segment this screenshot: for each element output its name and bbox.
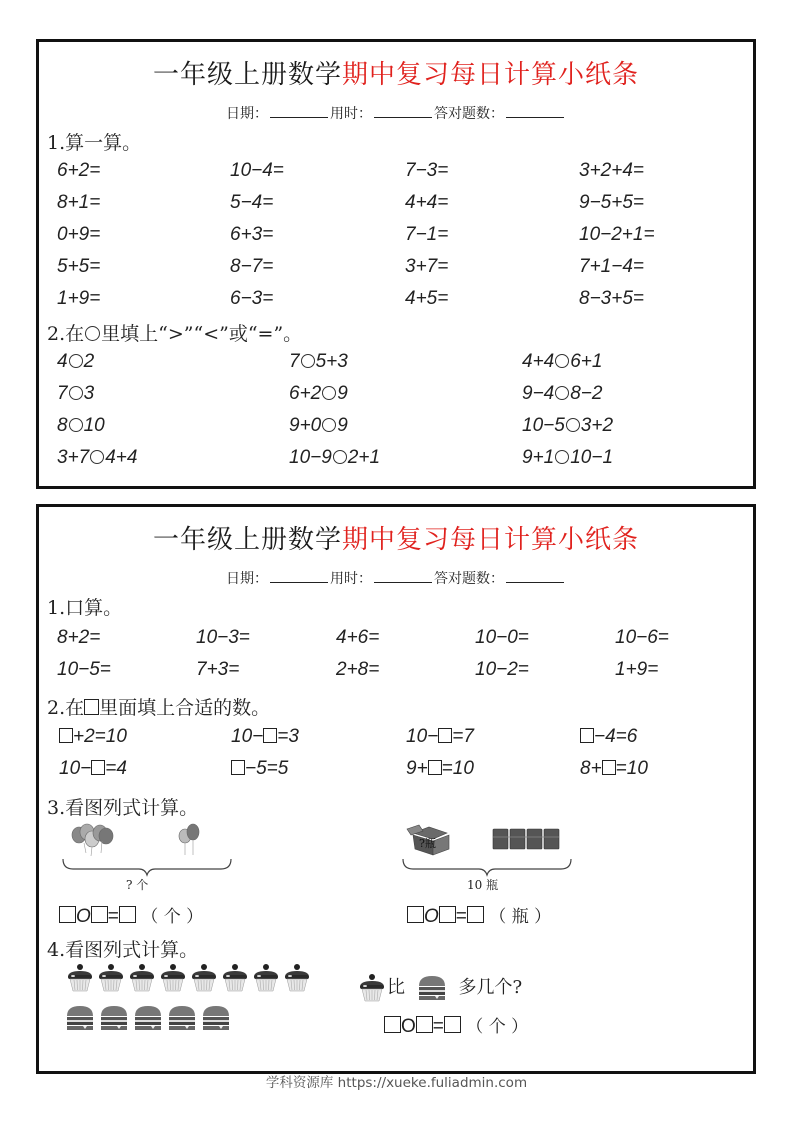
cupcake-row (65, 963, 313, 997)
answer-box[interactable] (59, 906, 76, 923)
oral-calc-problem[interactable]: 4+6= (336, 627, 379, 649)
answer-circle[interactable] (69, 418, 83, 432)
answer-circle[interactable] (555, 354, 569, 368)
answer-box[interactable] (263, 728, 277, 743)
burger-icon (65, 1004, 95, 1032)
title-black-part: 一年级上册数学 (153, 525, 342, 555)
brace-label: 10 瓶 (467, 876, 498, 893)
answer-box[interactable] (231, 760, 245, 775)
time-label: 用时： (330, 106, 372, 122)
oral-calc-problem[interactable]: 10−3= (196, 627, 250, 649)
compare-problem: 3+74+4 (57, 447, 137, 469)
expression-prefix: 10− (231, 726, 263, 747)
correct-count-label: 答对题数： (434, 571, 504, 587)
heading-text: 里填上“>”“<”或“=”。 (101, 323, 302, 345)
fill-blank-problem: −5=5 (231, 758, 288, 780)
compare-problem: 42 (57, 351, 94, 373)
calc-problem[interactable]: 8−3+5= (579, 288, 644, 310)
title-red-part: 期中复习每日计算小纸条 (342, 525, 639, 555)
fill-blank-problem: 10−=4 (59, 758, 127, 780)
burger-icon (133, 1004, 163, 1032)
calc-problem[interactable]: 5−4= (230, 192, 273, 214)
fill-blank-problem: +2=10 (59, 726, 127, 748)
answer-equation: O= （ 个 ） (59, 902, 203, 928)
expression-suffix: =7 (452, 726, 474, 747)
brace-icon (63, 859, 231, 875)
section-heading: 4.看图列式计算。 (47, 935, 198, 962)
calc-problem[interactable]: 10−2+1= (579, 224, 655, 246)
calc-problem[interactable]: 0+9= (57, 224, 100, 246)
fill-blank-problem: 8+=10 (580, 758, 648, 780)
right-expression: 3 (84, 383, 95, 404)
calc-problem[interactable]: 6+2= (57, 160, 100, 182)
cupcake-icon (65, 963, 95, 993)
oral-calc-problem[interactable]: 10−2= (475, 659, 529, 681)
cupcake-icon (189, 963, 219, 993)
calc-problem[interactable]: 7−3= (405, 160, 448, 182)
cupcake-icon (357, 973, 387, 1003)
expression-suffix: −4=6 (594, 726, 637, 747)
calc-problem[interactable]: 6−3= (230, 288, 273, 310)
cupcake-icon (282, 963, 312, 993)
cupcake-icon (127, 963, 157, 993)
correct-count-blank[interactable] (506, 568, 564, 583)
left-expression: 8 (57, 415, 68, 436)
left-expression: 4 (57, 351, 68, 372)
worksheet-card-1: 一年级上册数学期中复习每日计算小纸条 日期：用时：答对题数： 1.算一算。 6+… (36, 39, 756, 489)
answer-circle[interactable] (566, 418, 580, 432)
answer-box[interactable] (416, 1016, 433, 1033)
answer-box[interactable] (580, 728, 594, 743)
answer-box[interactable] (91, 906, 108, 923)
calc-problem[interactable]: 3+7= (405, 256, 448, 278)
time-blank[interactable] (374, 103, 432, 118)
oral-calc-problem[interactable]: 2+8= (336, 659, 379, 681)
expression-suffix: =10 (616, 758, 648, 779)
answer-box[interactable] (91, 760, 105, 775)
expression-suffix: =4 (105, 758, 127, 779)
compare-problem: 4+46+1 (522, 351, 602, 373)
question-text: 比 (387, 977, 405, 998)
answer-circle[interactable] (69, 354, 83, 368)
calc-problem[interactable]: 10−4= (230, 160, 284, 182)
worksheet-card-2: 一年级上册数学期中复习每日计算小纸条 日期：用时：答对题数： 1.口算。 8+2… (36, 504, 756, 1074)
date-label: 日期： (226, 106, 268, 122)
answer-equation: O= （ 瓶 ） (407, 902, 551, 928)
date-blank[interactable] (270, 103, 328, 118)
calc-problem[interactable]: 4+5= (405, 288, 448, 310)
burger-icon (99, 1004, 129, 1032)
heading-text: 里面填上合适的数。 (99, 697, 270, 719)
info-line: 日期：用时：答对题数： (39, 103, 753, 123)
compare-problem: 73 (57, 383, 94, 405)
fill-blank-problem: 9+=10 (406, 758, 474, 780)
calc-problem[interactable]: 8−7= (230, 256, 273, 278)
brace-icon (403, 859, 571, 875)
burger-icon (201, 1004, 231, 1032)
svg-text:?瓶: ?瓶 (419, 837, 436, 850)
oral-calc-problem[interactable]: 10−0= (475, 627, 529, 649)
oral-calc-problem[interactable]: 1+9= (615, 659, 658, 681)
info-line: 日期：用时：答对题数： (39, 568, 753, 588)
answer-box[interactable] (384, 1016, 401, 1033)
burger-icon (417, 974, 447, 1002)
left-expression: 10−9 (289, 447, 332, 468)
compare-problem: 10−92+1 (289, 447, 380, 469)
calc-problem[interactable]: 8+1= (57, 192, 100, 214)
left-expression: 9+1 (522, 447, 554, 468)
question-text: 多几个? (458, 977, 522, 998)
expression-prefix: 8+ (580, 758, 602, 779)
brace-label: ? 个 (126, 876, 148, 893)
left-expression: 9+0 (289, 415, 321, 436)
date-label: 日期： (226, 571, 268, 587)
date-blank[interactable] (270, 568, 328, 583)
calc-problem[interactable]: 1+9= (57, 288, 100, 310)
section-heading: 1.算一算。 (47, 128, 141, 155)
right-expression: 9 (337, 383, 348, 404)
expression-prefix: 9+ (406, 758, 428, 779)
calc-problem[interactable]: 3+2+4= (579, 160, 644, 182)
answer-box[interactable] (439, 906, 456, 923)
calc-problem[interactable]: 7+1−4= (579, 256, 644, 278)
time-blank[interactable] (374, 568, 432, 583)
unit-label: 个 (489, 1017, 506, 1037)
cupcake-icon (220, 963, 250, 993)
oral-calc-problem[interactable]: 10−5= (57, 659, 111, 681)
right-expression: 8−2 (570, 383, 602, 404)
section-heading: 3.看图列式计算。 (47, 793, 198, 820)
title-black-part: 一年级上册数学 (153, 60, 342, 90)
section-heading: 2.在里填上“>”“<”或“=”。 (47, 319, 302, 346)
answer-box[interactable] (407, 906, 424, 923)
compare-problem: 9−48−2 (522, 383, 602, 405)
right-expression: 6+1 (570, 351, 602, 372)
compare-problem: 10−53+2 (522, 415, 613, 437)
section-heading: 1.口算。 (47, 593, 122, 620)
answer-box[interactable] (59, 728, 73, 743)
answer-circle[interactable] (90, 450, 104, 464)
left-expression: 4+4 (522, 351, 554, 372)
cupcake-icon (251, 963, 281, 993)
worksheet-title: 一年级上册数学期中复习每日计算小纸条 (39, 519, 753, 556)
right-expression: 2 (84, 351, 95, 372)
compare-problem: 75+3 (289, 351, 348, 373)
right-expression: 5+3 (316, 351, 348, 372)
answer-box[interactable] (119, 906, 136, 923)
answer-box[interactable] (428, 760, 442, 775)
calc-problem[interactable]: 4+4= (405, 192, 448, 214)
fill-blank-problem: 10−=3 (231, 726, 299, 748)
oral-calc-problem[interactable]: 10−6= (615, 627, 669, 649)
right-expression: 3+2 (581, 415, 613, 436)
time-label: 用时： (330, 571, 372, 587)
correct-count-blank[interactable] (506, 103, 564, 118)
compare-problem: 9+110−1 (522, 447, 613, 469)
answer-circle[interactable] (69, 386, 83, 400)
left-expression: 7 (289, 351, 300, 372)
left-expression: 7 (57, 383, 68, 404)
burger-icon (167, 1004, 197, 1032)
circle-icon (85, 326, 100, 341)
answer-equation: O= （ 个 ） (384, 1012, 528, 1038)
footer-watermark: 学科资源库 https://xueke.fuliadmin.com (0, 1071, 793, 1091)
answer-box[interactable] (602, 760, 616, 775)
answer-circle[interactable] (322, 418, 336, 432)
fill-blank-problem: −4=6 (580, 726, 637, 748)
left-expression: 3+7 (57, 447, 89, 468)
oral-calc-problem[interactable]: 7+3= (196, 659, 239, 681)
compare-question: 比 多几个? (357, 973, 522, 1003)
expression-suffix: =3 (277, 726, 299, 747)
right-expression: 2+1 (348, 447, 380, 468)
compare-problem: 6+29 (289, 383, 348, 405)
answer-circle[interactable] (301, 354, 315, 368)
expression-prefix: 10− (59, 758, 91, 779)
correct-count-label: 答对题数： (434, 106, 504, 122)
right-expression: 9 (337, 415, 348, 436)
right-expression: 10−1 (570, 447, 613, 468)
unit-label: 个 (164, 907, 181, 927)
oral-calc-problem[interactable]: 8+2= (57, 627, 100, 649)
heading-text: 2.在 (47, 697, 84, 719)
cupcake-icon (158, 963, 188, 993)
fill-blank-problem: 10−=7 (406, 726, 474, 748)
right-expression: 4+4 (105, 447, 137, 468)
answer-circle[interactable] (333, 450, 347, 464)
expression-suffix: −5=5 (245, 758, 288, 779)
heading-text: 2.在 (47, 323, 84, 345)
title-red-part: 期中复习每日计算小纸条 (342, 60, 639, 90)
calc-problem[interactable]: 6+3= (230, 224, 273, 246)
answer-box[interactable] (444, 1016, 461, 1033)
answer-circle[interactable] (322, 386, 336, 400)
calc-problem[interactable]: 9−5+5= (579, 192, 644, 214)
burger-row (65, 1004, 235, 1036)
left-expression: 6+2 (289, 383, 321, 404)
cupcake-icon (96, 963, 126, 993)
unit-label: 瓶 (512, 907, 529, 927)
worksheet-title: 一年级上册数学期中复习每日计算小纸条 (39, 54, 753, 91)
compare-problem: 810 (57, 415, 105, 437)
calc-problem[interactable]: 7−1= (405, 224, 448, 246)
expression-suffix: =10 (442, 758, 474, 779)
calc-problem[interactable]: 5+5= (57, 256, 100, 278)
section-heading: 2.在里面填上合适的数。 (47, 693, 270, 720)
answer-box[interactable] (467, 906, 484, 923)
answer-circle[interactable] (555, 386, 569, 400)
expression-prefix: 10− (406, 726, 438, 747)
right-expression: 10 (84, 415, 105, 436)
left-expression: 9−4 (522, 383, 554, 404)
answer-box[interactable] (438, 728, 452, 743)
expression-suffix: +2=10 (73, 726, 127, 747)
left-expression: 10−5 (522, 415, 565, 436)
answer-circle[interactable] (555, 450, 569, 464)
square-icon (84, 699, 99, 715)
compare-problem: 9+09 (289, 415, 348, 437)
